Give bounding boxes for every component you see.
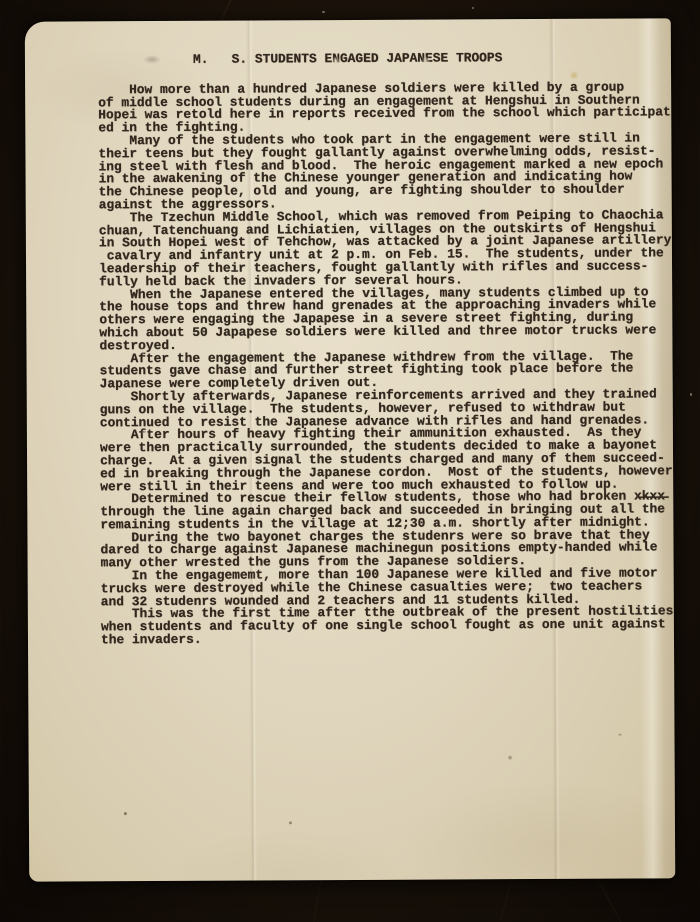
paragraph-7: After hours of heavy fighting their ammu… bbox=[100, 427, 680, 494]
paragraph-8: Determined to rescue their fellow studen… bbox=[100, 491, 680, 532]
paragraph-9: During the two bayonet charges the stude… bbox=[100, 529, 680, 570]
dust-speck bbox=[322, 11, 325, 13]
paper-speck bbox=[618, 734, 621, 736]
paragraph-5: After the engagement the Japanese withdr… bbox=[99, 350, 679, 391]
paragraph-10: In the engagememt, more than 100 Japanes… bbox=[101, 567, 681, 608]
dust-speck bbox=[472, 7, 474, 9]
paper-speck bbox=[508, 755, 513, 760]
photo-mount-background: M. S. STUDENTS ENGAGED JAPANESE TROOPS H… bbox=[0, 0, 700, 922]
paragraph-1: How more than a hundred Japanese soldier… bbox=[98, 81, 678, 135]
paper-speck bbox=[289, 821, 292, 824]
paragraph-3: The Tzechun Middle School, which was rem… bbox=[99, 209, 679, 289]
paragraph-11: This was the first time after tthe outbr… bbox=[101, 606, 681, 647]
dust-speck bbox=[690, 393, 692, 396]
paragraph-4: When the Japanese entered the villages, … bbox=[99, 286, 679, 353]
typewritten-text: M. S. STUDENTS ENGAGED JAPANESE TROOPS H… bbox=[98, 51, 681, 647]
paper-speck bbox=[124, 812, 127, 815]
document-page: M. S. STUDENTS ENGAGED JAPANESE TROOPS H… bbox=[25, 18, 675, 881]
paragraph-6: Shortly afterwards, Japanese reinforceme… bbox=[100, 388, 680, 429]
paragraph-2: Many of the students who took part in th… bbox=[98, 132, 678, 212]
document-title: M. S. STUDENTS ENGAGED JAPANESE TROOPS bbox=[98, 51, 678, 67]
